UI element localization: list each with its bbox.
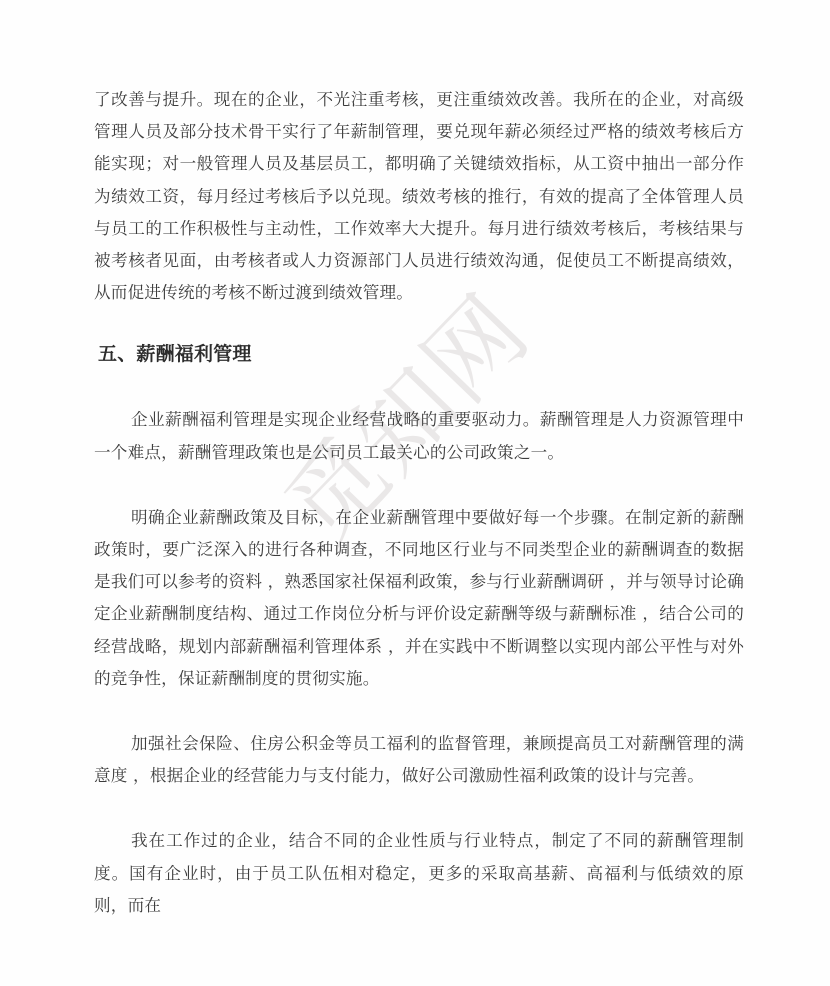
paragraph-performance-appraisal: 了改善与提升。现在的企业，不光注重考核，更注重绩效改善。我所在的企业，对高级管理… <box>94 84 744 309</box>
document-page: 觅知网 了改善与提升。现在的企业，不光注重考核，更注重绩效改善。我所在的企业，对… <box>0 0 830 986</box>
paragraph-compensation-intro: 企业薪酬福利管理是实现企业经营战略的重要驱动力。薪酬管理是人力资源管理中一个难点… <box>94 404 744 468</box>
paragraph-welfare-supervision: 加强社会保险、住房公积金等员工福利的监督管理，兼顾提高员工对薪酬管理的满意度 ，… <box>94 728 744 792</box>
paragraph-company-experience: 我在工作过的企业，结合不同的企业性质与行业特点，制定了不同的薪酬管理制度。国有企… <box>94 825 744 922</box>
section-heading-compensation-welfare: 五、薪酬福利管理 <box>98 342 744 367</box>
paragraph-compensation-policy-steps: 明确企业薪酬政策及目标，在企业薪酬管理中要做好每一个步骤。在制定新的薪酬政策时，… <box>94 502 744 695</box>
document-content: 了改善与提升。现在的企业，不光注重考核，更注重绩效改善。我所在的企业，对高级管理… <box>94 84 744 955</box>
